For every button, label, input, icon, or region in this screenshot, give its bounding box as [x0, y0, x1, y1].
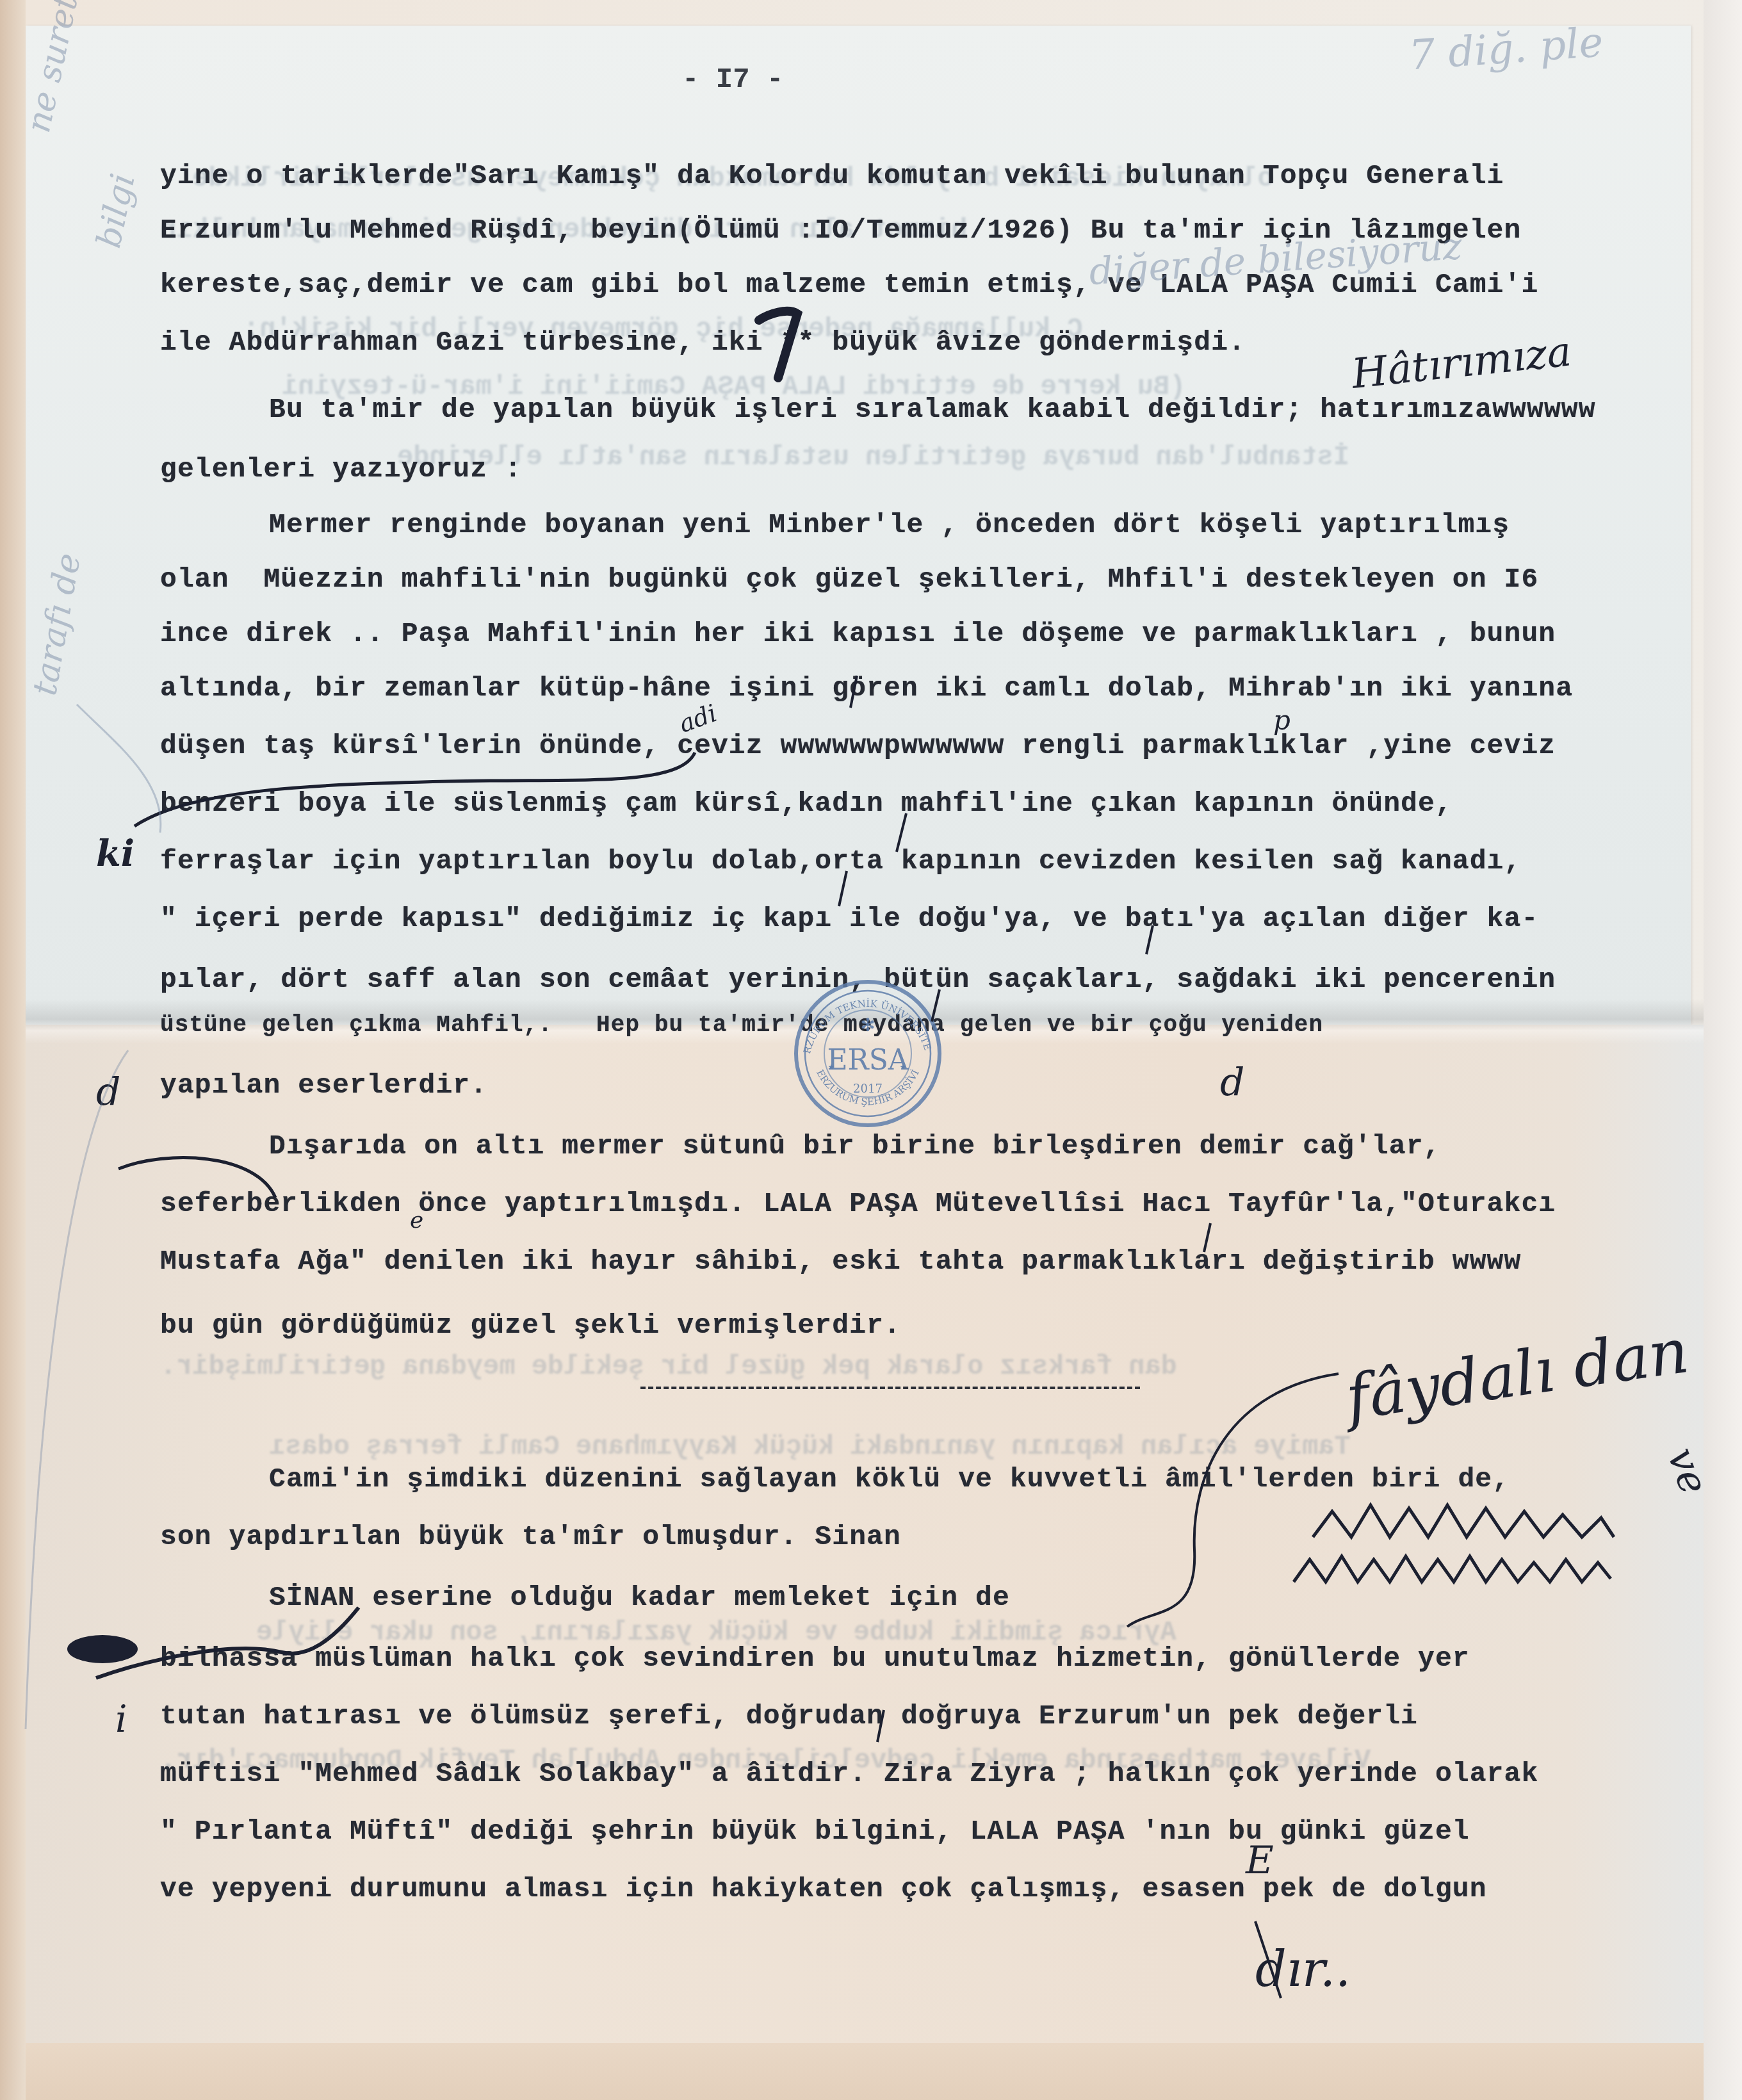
ink-strokes: [0, 0, 1742, 2100]
